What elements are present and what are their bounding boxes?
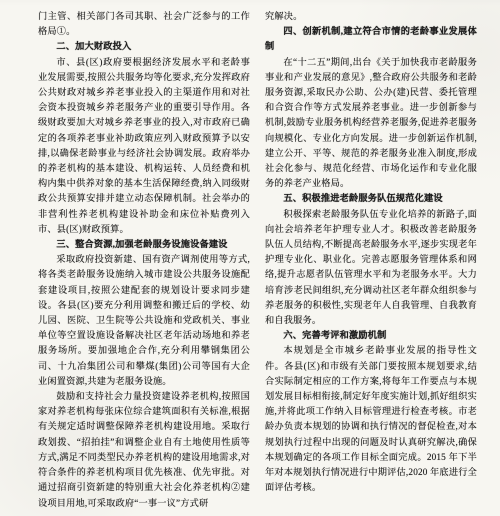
section-heading-6: 六、完善考评和激励机制 bbox=[265, 328, 477, 343]
paragraph: 市、县(区)政府要根据经济发展水平和老龄事业发展需要,按照公共服务均等化要求,充… bbox=[38, 55, 250, 237]
right-column: 究解决。 四、创新机制,建立符合市情的老龄事业发展体制 在“十二五”期间,出台《… bbox=[265, 9, 477, 516]
paragraph-continuation: 究解决。 bbox=[265, 9, 477, 24]
paragraph: 积极探索老龄服务队伍专业化培养的新路子,面向社会培养老年护理专业人才。积极改善老… bbox=[265, 207, 477, 329]
paragraph: 采取政府投资新建、国有资产调剂使用等方式,将各类老龄服务设施纳入城市建设公共服务… bbox=[38, 252, 250, 389]
document-page: 门主管、相关部门各司其职、社会广泛参与的工作格局①。 二、加大财政投入 市、县(… bbox=[0, 0, 500, 516]
left-column: 门主管、相关部门各司其职、社会广泛参与的工作格局①。 二、加大财政投入 市、县(… bbox=[38, 9, 250, 516]
section-heading-5: 五、积极推进老龄服务队伍规范化建设 bbox=[265, 191, 477, 206]
section-heading-3: 三、整合资源,加强老龄服务设施设备建设 bbox=[38, 237, 250, 252]
paragraph: 在“十二五”期间,出台《关于加快我市老龄服务事业和产业发展的意见》,整合政府公共… bbox=[265, 55, 477, 192]
paragraph-continuation: 门主管、相关部门各司其职、社会广泛参与的工作格局①。 bbox=[38, 9, 250, 39]
paragraph: 本规划是全市城乡老龄事业发展的指导性文件。各县(区)和市级有关部门要按照本规划要… bbox=[265, 343, 477, 495]
section-heading-4: 四、创新机制,建立符合市情的老龄事业发展体制 bbox=[265, 24, 477, 54]
section-heading-2: 二、加大财政投入 bbox=[38, 39, 250, 54]
paragraph: 鼓励和支持社会力量投资建设养老机构,按照国家对养老机构每张床位综合建筑面积有关标… bbox=[38, 389, 250, 511]
